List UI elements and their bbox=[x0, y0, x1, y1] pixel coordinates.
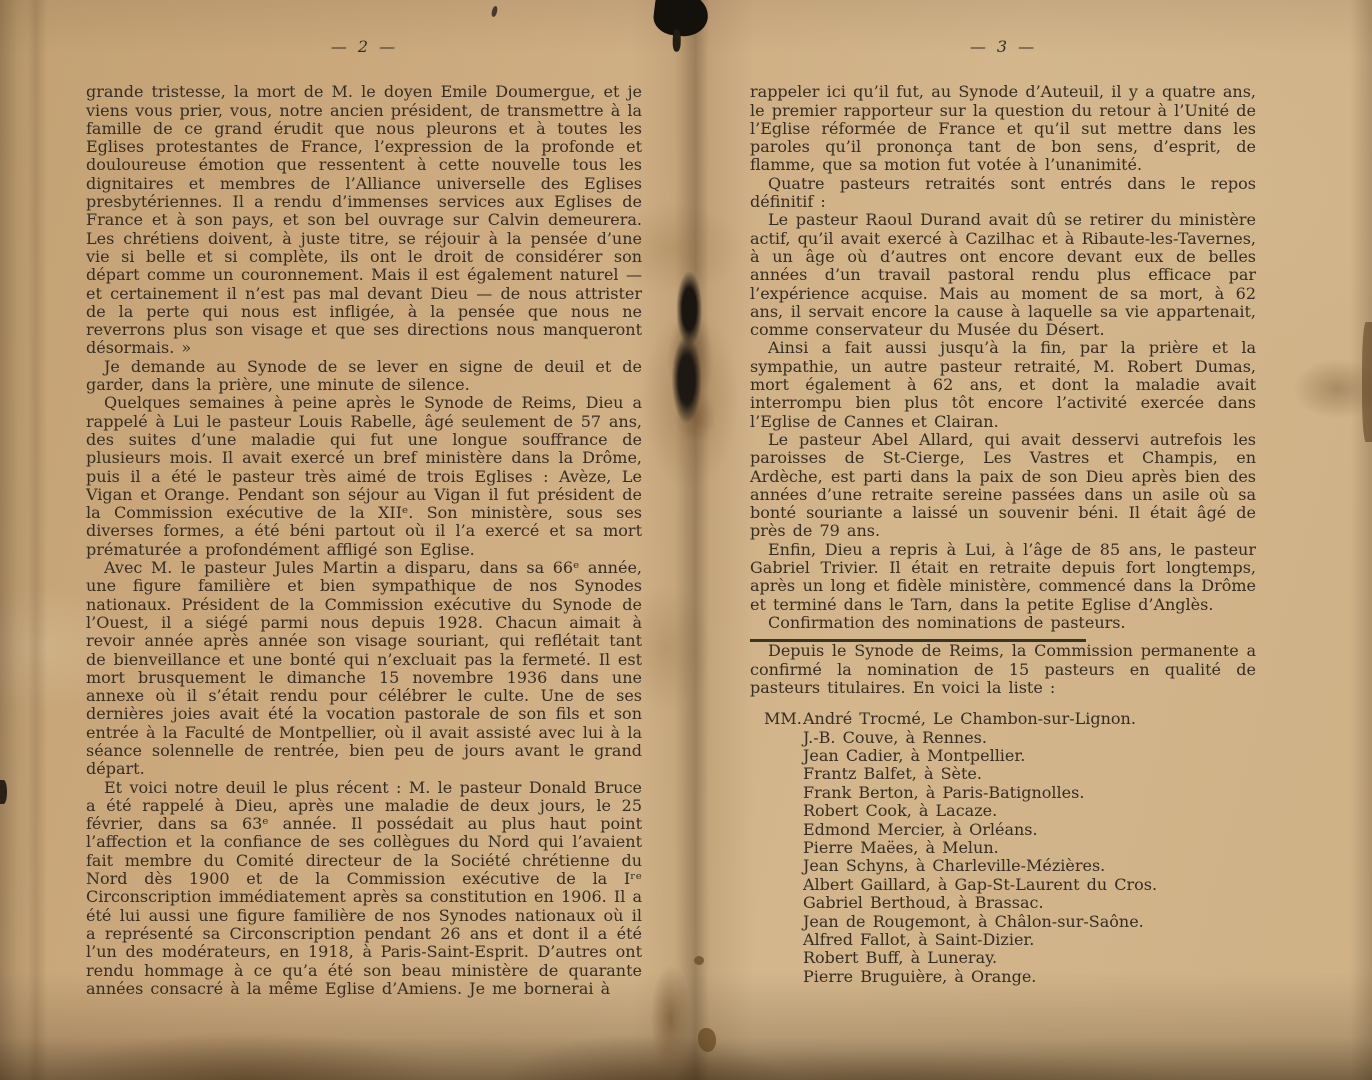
body-paragraph: grande tristesse, la mort de M. le doyen… bbox=[86, 83, 642, 357]
intro-paragraph: Depuis le Synode de Reims, la Commission… bbox=[750, 642, 1256, 697]
pastor-name: André Trocmé, Le Chambon-sur-Lignon. bbox=[803, 709, 1136, 728]
pastor-name: Jean de Rougemont, à Châlon-sur-Saône. bbox=[803, 912, 1144, 931]
right-edge-stain bbox=[1362, 322, 1372, 442]
body-paragraph: Avec M. le pasteur Jules Martin a dispar… bbox=[86, 559, 642, 779]
list-item: Edmond Mercier, à Orléans. bbox=[803, 821, 1256, 839]
list-item: Jean Schyns, à Charleville-Mézières. bbox=[803, 857, 1256, 875]
left-edge-mark bbox=[0, 780, 7, 804]
pastor-name: J.-B. Couve, à Rennes. bbox=[803, 728, 987, 747]
body-paragraph: Le pasteur Raoul Durand avait dû se reti… bbox=[750, 211, 1256, 339]
list-item: Albert Gaillard, à Gap-St-Laurent du Cro… bbox=[803, 876, 1256, 894]
body-paragraph: rappeler ici qu’il fut, au Synode d’Aute… bbox=[750, 83, 1256, 174]
list-item: Frantz Balfet, à Sète. bbox=[803, 765, 1256, 783]
pastor-name: Alfred Fallot, à Saint-Dizier. bbox=[803, 930, 1034, 949]
pastor-name: Frantz Balfet, à Sète. bbox=[803, 764, 982, 783]
pastor-name: Gabriel Berthoud, à Brassac. bbox=[803, 893, 1044, 912]
pastor-name: Pierre Maëes, à Melun. bbox=[803, 838, 999, 857]
body-paragraph: Quelques semaines à peine après le Synod… bbox=[86, 394, 642, 559]
page-3: — 3 — rappeler ici qu’il fut, au Synode … bbox=[750, 38, 1256, 986]
page-2: — 2 — grande tristesse, la mort de M. le… bbox=[86, 38, 642, 998]
gutter-ink-stain bbox=[656, 272, 720, 440]
pastor-name: Albert Gaillard, à Gap-St-Laurent du Cro… bbox=[803, 875, 1157, 894]
list-item: Jean Cadier, à Montpellier. bbox=[803, 747, 1256, 765]
pastor-name: Robert Cook, à Lacaze. bbox=[803, 801, 997, 820]
body-paragraph: Ainsi a fait aussi jusqu’à la fin, par l… bbox=[750, 339, 1256, 430]
list-item: Pierre Maëes, à Melun. bbox=[803, 839, 1256, 857]
page-number: — 2 — bbox=[86, 38, 642, 56]
pastor-name: Frank Berton, à Paris-Batignolles. bbox=[803, 783, 1084, 802]
right-page-stain bbox=[698, 1028, 716, 1052]
list-item: Jean de Rougemont, à Châlon-sur-Saône. bbox=[803, 913, 1256, 931]
pastor-name: Jean Cadier, à Montpellier. bbox=[803, 746, 1025, 765]
body-paragraph: Le pasteur Abel Allard, qui avait desser… bbox=[750, 431, 1256, 541]
list-item: Robert Cook, à Lacaze. bbox=[803, 802, 1256, 820]
body-paragraph: Enfin, Dieu a repris à Lui, à l’âge de 8… bbox=[750, 541, 1256, 614]
pastor-name: Edmond Mercier, à Orléans. bbox=[803, 820, 1038, 839]
pastor-name: Jean Schyns, à Charleville-Mézières. bbox=[803, 856, 1105, 875]
pastor-name: Robert Buff, à Luneray. bbox=[803, 948, 997, 967]
list-item: Pierre Bruguière, à Orange. bbox=[803, 968, 1256, 986]
gutter-bottom-stain bbox=[636, 944, 694, 1080]
pastor-name: Pierre Bruguière, à Orange. bbox=[803, 967, 1036, 986]
body-paragraph: Quatre pasteurs retraités sont entrés da… bbox=[750, 175, 1256, 212]
list-item: Alfred Fallot, à Saint-Dizier. bbox=[803, 931, 1256, 949]
list-item: Gabriel Berthoud, à Brassac. bbox=[803, 894, 1256, 912]
page-number: — 3 — bbox=[750, 38, 1256, 56]
list-item: J.-B. Couve, à Rennes. bbox=[803, 729, 1256, 747]
list-item: MM.André Trocmé, Le Chambon-sur-Lignon. bbox=[803, 710, 1256, 728]
list-item: Robert Buff, à Luneray. bbox=[803, 949, 1256, 967]
section-heading: Confirmation des nominations de pasteurs… bbox=[750, 614, 1256, 632]
body-paragraph: Et voici notre deuil le plus récent : M.… bbox=[86, 779, 642, 999]
pastor-list: MM.André Trocmé, Le Chambon-sur-Lignon. … bbox=[803, 710, 1256, 986]
body-paragraph: Je demande au Synode de se lever en sign… bbox=[86, 358, 642, 395]
list-prefix: MM. bbox=[764, 710, 802, 728]
list-item: Frank Berton, à Paris-Batignolles. bbox=[803, 784, 1256, 802]
right-page-speck bbox=[694, 956, 704, 965]
